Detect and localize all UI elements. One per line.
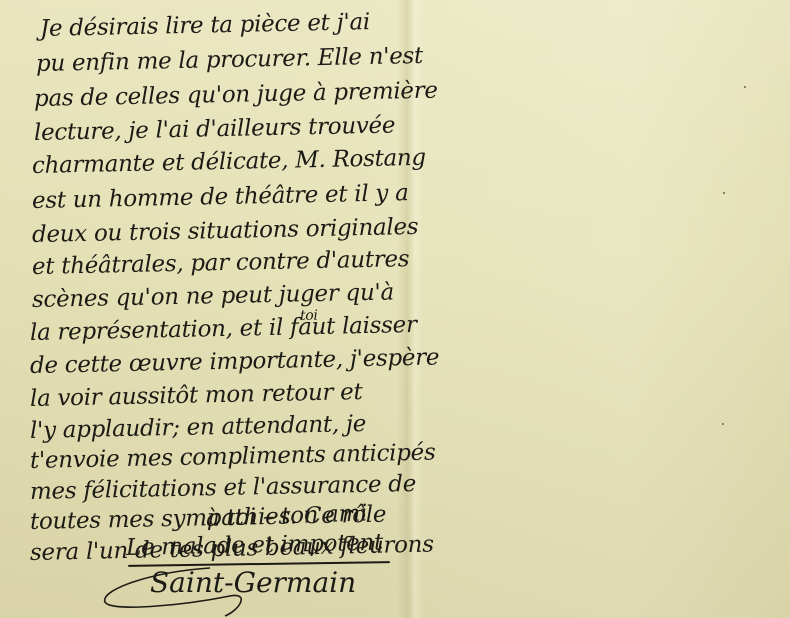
letter-line-4: lecture, je l'ai d'ailleurs trouvée: [34, 112, 396, 146]
letter-line-11: de cette œuvre importante, j'espère: [30, 344, 440, 379]
paper-speck: [722, 423, 724, 425]
letter-line-12: la voir aussitôt mon retour et: [30, 379, 363, 412]
letter-line-5: charmante et délicate, M. Rostang: [32, 145, 426, 179]
letter-line-2: pu enfin me la procurer. Elle n'est: [36, 43, 424, 77]
letter-line-1: Je désirais lire ta pièce et j'ai: [40, 9, 370, 42]
letter-line-6: est un homme de théâtre et il y a: [32, 180, 409, 214]
letter-line-13: l'y applaudir; en attendant, je: [30, 411, 367, 444]
left-page: Je désirais lire ta pièce et j'ai pu enf…: [0, 0, 410, 618]
paper-speck: [723, 192, 725, 194]
letter-line-3: pas de celles qu'on juge à première: [34, 78, 438, 112]
signature: Saint-Germain: [150, 566, 356, 599]
right-page: [423, 0, 790, 618]
letter-sheet: Je désirais lire ta pièce et j'ai pu enf…: [0, 0, 790, 618]
letter-line-7: deux ou trois situations originales: [32, 214, 419, 248]
letter-line-8: et théâtrales, par contre d'autres: [32, 246, 410, 280]
letter-line-9: scènes qu'on ne peut juger qu'à: [32, 279, 394, 313]
letter-line-10: la représentation, et il faut laisser: [30, 312, 417, 346]
letter-closing-2: Le malade et impotent: [126, 530, 383, 561]
paper-speck: [744, 86, 746, 88]
letter-line-14: t'envoie mes compliments anticipés: [30, 440, 436, 474]
